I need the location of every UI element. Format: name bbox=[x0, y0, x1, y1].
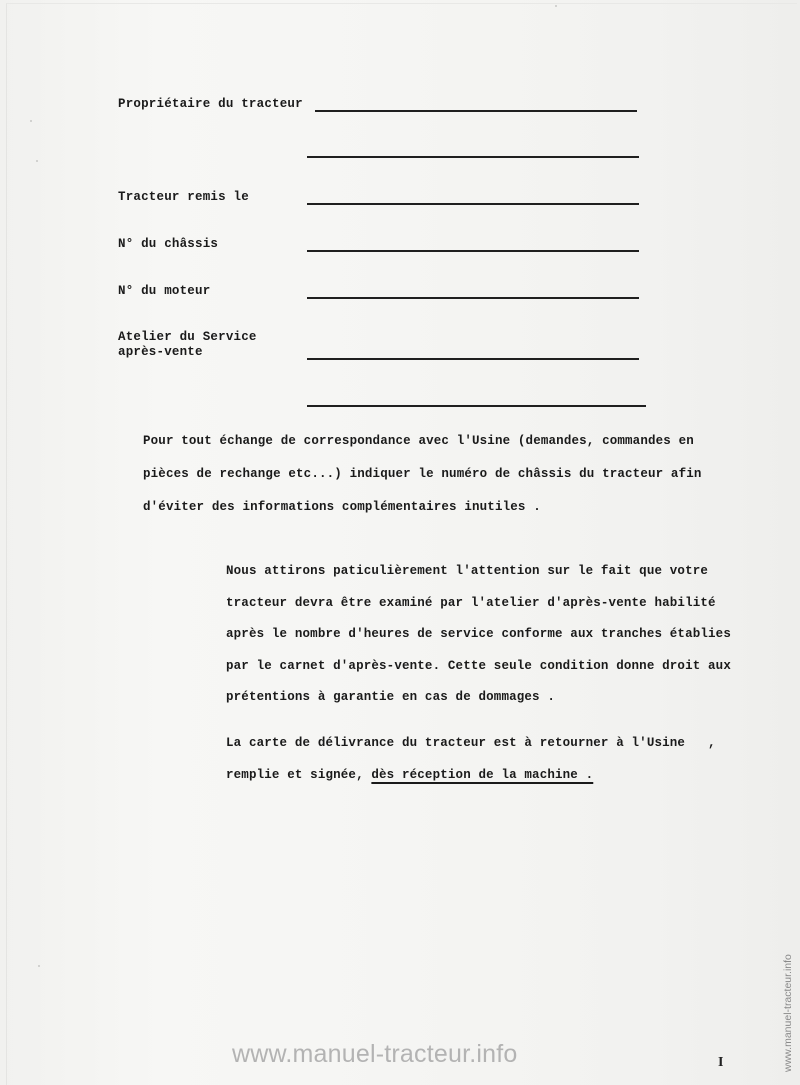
chassis-number-field-line[interactable] bbox=[307, 250, 639, 252]
chassis-number-label: N° du châssis bbox=[118, 237, 218, 252]
attention-paragraph: Nous attirons paticulièrement l'attentio… bbox=[226, 564, 257, 662]
service-workshop-field-line[interactable] bbox=[307, 358, 639, 360]
document-page: Propriétaire du tracteur Tracteur remis … bbox=[0, 0, 800, 1085]
paper-speck bbox=[38, 965, 40, 967]
paragraph-line: prétentions à garantie en cas de dommage… bbox=[226, 690, 555, 704]
paper-speck bbox=[36, 160, 38, 162]
engine-number-field-line[interactable] bbox=[307, 297, 639, 299]
paragraph-line: Pour tout échange de correspondance avec… bbox=[143, 434, 694, 448]
delivery-date-field-line[interactable] bbox=[307, 203, 639, 205]
owner-field-line-2[interactable] bbox=[307, 156, 639, 158]
paragraph-line: tracteur devra être examiné par l'atelie… bbox=[226, 596, 716, 610]
delivery-date-label: Tracteur remis le bbox=[118, 190, 249, 205]
delivery-paragraph: La carte de délivrance du tracteur est à… bbox=[226, 736, 257, 792]
paragraph-line: après le nombre d'heures de service conf… bbox=[226, 627, 731, 641]
engine-number-label: N° du moteur bbox=[118, 284, 210, 299]
delivery-prefix-text: remplie et signée, bbox=[226, 768, 371, 782]
paragraph-line: remplie et signée, dès réception de la m… bbox=[226, 768, 593, 782]
website-watermark: www.manuel-tracteur.info bbox=[232, 1040, 517, 1069]
delivery-emphasis-text: dès réception de la machine . bbox=[371, 768, 593, 782]
paper-speck bbox=[30, 120, 32, 122]
paragraph-line: Nous attirons paticulièrement l'attentio… bbox=[226, 564, 708, 578]
service-workshop-field-line-2[interactable] bbox=[307, 405, 646, 407]
paragraph-line: La carte de délivrance du tracteur est à… bbox=[226, 736, 716, 750]
paragraph-line: d'éviter des informations complémentaire… bbox=[143, 500, 541, 514]
service-workshop-label: Atelier du Service après-vente bbox=[118, 330, 257, 360]
owner-label: Propriétaire du tracteur bbox=[118, 97, 303, 112]
page-number: I bbox=[718, 1055, 723, 1071]
correspondence-paragraph: Pour tout échange de correspondance avec… bbox=[143, 434, 174, 504]
paragraph-line: par le carnet d'après-vente. Cette seule… bbox=[226, 659, 731, 673]
owner-field-line[interactable] bbox=[315, 110, 637, 112]
paper-speck bbox=[555, 5, 557, 7]
paragraph-line: pièces de rechange etc...) indiquer le n… bbox=[143, 467, 702, 481]
side-watermark: www.manuel-tracteur.info bbox=[782, 954, 794, 1072]
